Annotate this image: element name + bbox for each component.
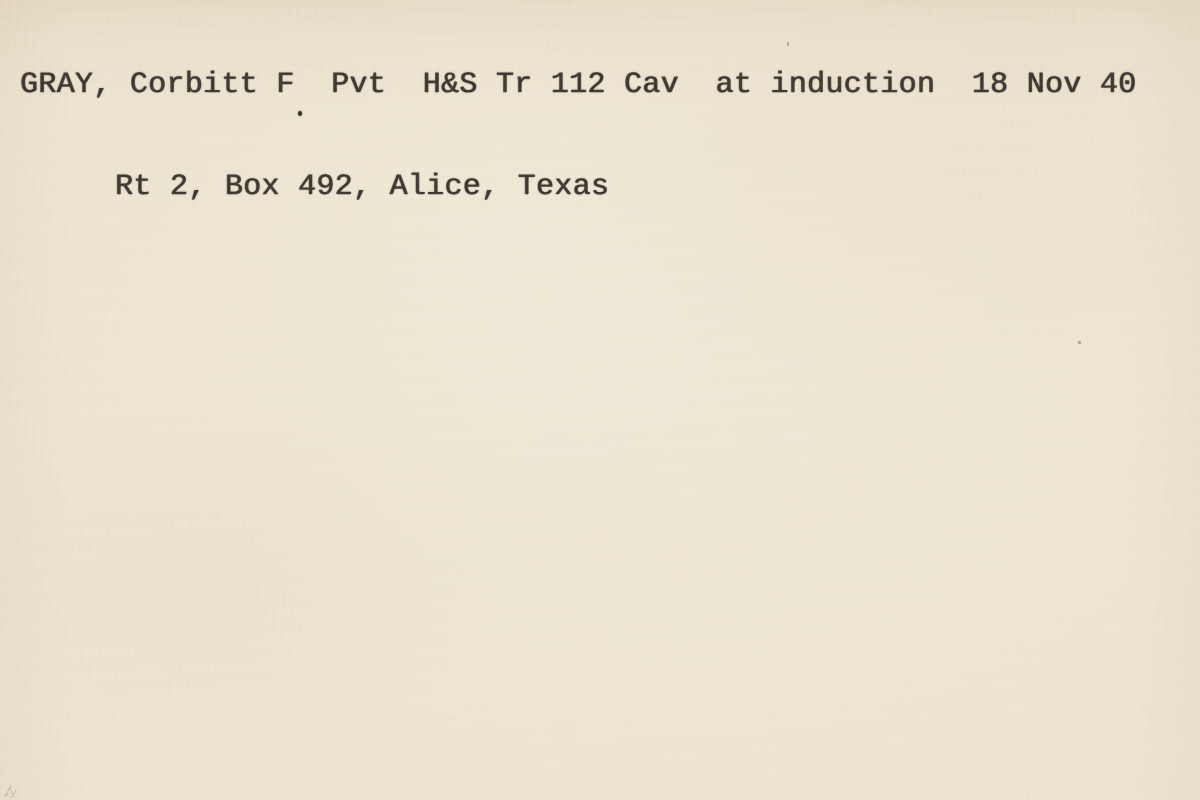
pencil-smudge: [1, 781, 31, 800]
card-line-address: Rt 2, Box 492, Alice, Texas: [115, 170, 1136, 204]
faint-ink-speck: [787, 42, 789, 46]
typed-text-block: GRAY, Corbitt F Pvt H&S Tr 112 Cav at in…: [20, 0, 1136, 272]
paper-speck: [1078, 341, 1081, 344]
index-card: GRAY, Corbitt F Pvt H&S Tr 112 Cav at in…: [0, 0, 1200, 800]
card-line-name-rank-unit-date: GRAY, Corbitt F Pvt H&S Tr 112 Cav at in…: [20, 68, 1136, 102]
ink-speck: [298, 111, 302, 116]
